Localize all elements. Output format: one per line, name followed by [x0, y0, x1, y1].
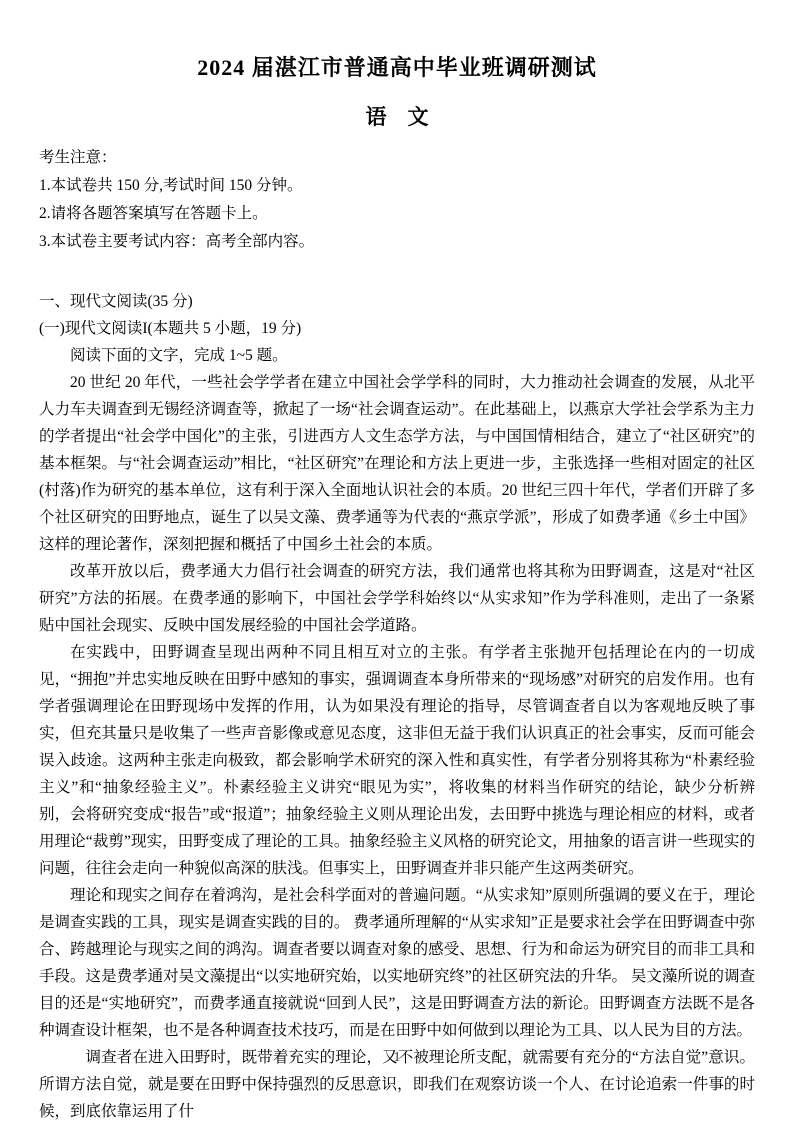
- subject-title: 语 文: [39, 104, 755, 131]
- notice-heading: 考生注意：: [39, 144, 755, 172]
- reading-instruction: 阅读下面的文字，完成 1~5 题。: [39, 342, 755, 369]
- notice-item: 3.本试卷主要考试内容：高考全部内容。: [39, 228, 755, 256]
- notice-item: 2.请将各题答案填写在答题卡上。: [39, 200, 755, 228]
- section-subheading: (一)现代文阅读I(本题共 5 小题，19 分): [39, 315, 755, 342]
- passage-paragraph: 改革开放以后，费孝通大力倡行社会调查的研究方法，我们通常也将其称为田野调查，这是…: [39, 558, 755, 639]
- notice-item: 1.本试卷共 150 分,考试时间 150 分钟。: [39, 172, 755, 200]
- passage-paragraph: 理论和现实之间存在着鸿沟，是社会科学面对的普遍问题。“从实求知”原则所强调的要义…: [39, 882, 755, 1044]
- exam-paper-page: 2024 届湛江市普通高中毕业班调研测试 语 文 考生注意： 1.本试卷共 15…: [0, 0, 794, 1122]
- passage-paragraph: 20 世纪 20 年代，一些社会学学者在建立中国社会学学科的同时，大力推动社会调…: [39, 369, 755, 558]
- passage-paragraph: 在实践中，田野调查呈现出两种不同且相互对立的主张。有学者主张抛开包括理论在内的一…: [39, 639, 755, 882]
- section-heading: 一、现代文阅读(35 分): [39, 288, 755, 315]
- page-number: 1: [0, 1050, 794, 1066]
- reading-passage: 20 世纪 20 年代，一些社会学学者在建立中国社会学学科的同时，大力推动社会调…: [39, 369, 755, 1122]
- candidate-notice: 考生注意： 1.本试卷共 150 分,考试时间 150 分钟。 2.请将各题答案…: [39, 144, 755, 256]
- page-title: 2024 届湛江市普通高中毕业班调研测试: [39, 54, 755, 81]
- section-one-header: 一、现代文阅读(35 分) (一)现代文阅读I(本题共 5 小题，19 分) 阅…: [39, 288, 755, 369]
